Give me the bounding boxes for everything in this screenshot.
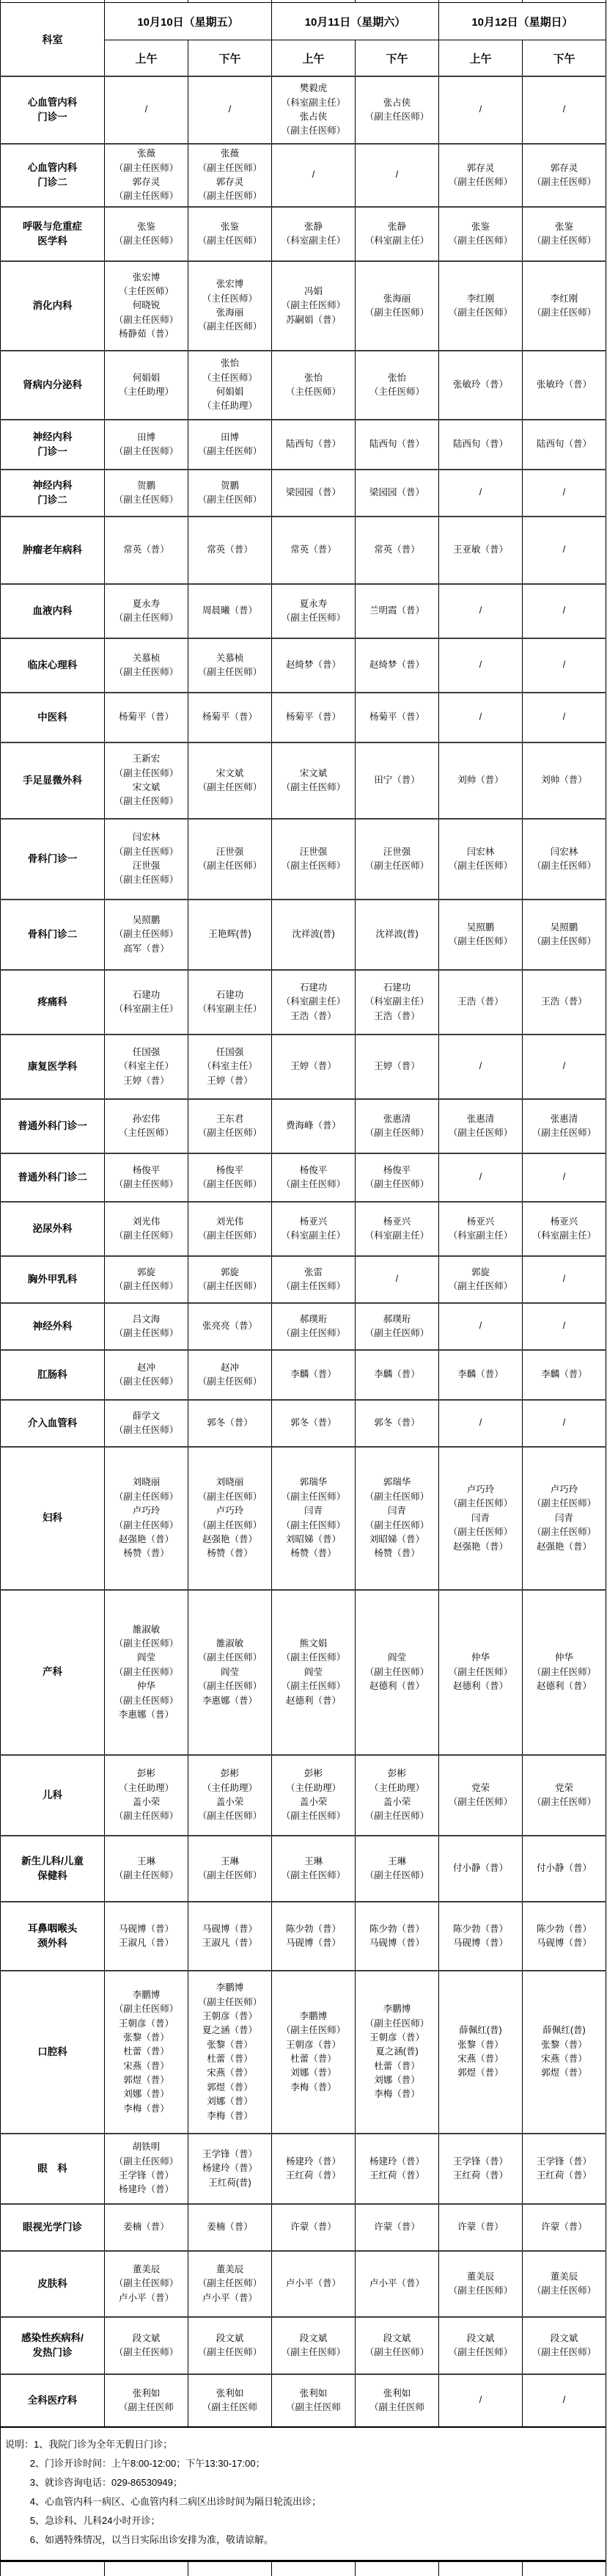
schedule-cell: 张鉴 （副主任医师） xyxy=(523,207,606,261)
schedule-cell: 刘光伟 （副主任医师） xyxy=(188,1202,272,1256)
table-row: 康复医学科任国强 （科室主任） 王婷（普）任国强 （科室主任） 王婷（普）王婷（… xyxy=(1,1035,606,1099)
date-header-sat: 10月11日（星期六） xyxy=(272,3,439,40)
schedule-cell: 陆西旬（普） xyxy=(272,420,356,470)
schedule-cell: 张怡 （主任医师） xyxy=(272,351,356,420)
table-row: 普通外科门诊二杨俊平 （副主任医师）杨俊平 （副主任医师）杨俊平 （副主任医师）… xyxy=(1,1153,606,1202)
schedule-cell: 王学锋（普） 王红荷（普） xyxy=(439,2134,523,2204)
schedule-cell: 王婷（普） xyxy=(272,1035,356,1099)
schedule-cell: / xyxy=(439,1153,523,1202)
dept-cell: 消化内科 xyxy=(1,261,105,351)
schedule-cell: 李鹏博 （副主任医师） 王朝彦（普） 夏之涵(普) 杜蕾（普） 刘娜（普） 李梅… xyxy=(356,1971,439,2134)
schedule-cell: 姜楠（普） xyxy=(105,2204,188,2251)
schedule-cell: 赵冲 （副主任医师） xyxy=(188,1350,272,1400)
table-row: 妇科刘晓丽 （副主任医师） 卢巧玲 （副主任医师） 赵强艳（普） 杨赞（普）刘晓… xyxy=(1,1447,606,1590)
dept-cell: 眼视光学门诊 xyxy=(1,2204,105,2251)
schedule-cell: 刘晓丽 （副主任医师） 卢巧玲 （副主任医师） 赵强艳（普） 杨赞（普） xyxy=(105,1447,188,1590)
notes-section: 说明：1、我院门诊为全年无假日门诊；2、门诊开诊时间：上午8:00-12:00；… xyxy=(1,2427,606,2561)
schedule-cell: 张静 （科室副主任） xyxy=(272,207,356,261)
time-header: 上午 xyxy=(439,40,523,77)
schedule-cell: 张雷 （副主任医师） xyxy=(272,1256,356,1303)
dept-cell: 血液内科 xyxy=(1,584,105,638)
schedule-cell: 董美辰 （副主任医师） xyxy=(439,2251,523,2317)
schedule-cell: 马砚博（普） 王淑凡（普） xyxy=(105,1902,188,1971)
schedule-cell: 郭冬（普） xyxy=(188,1400,272,1447)
schedule-cell: 付小静（普） xyxy=(523,1836,606,1902)
schedule-cell: / xyxy=(439,1303,523,1350)
schedule-cell: / xyxy=(188,76,272,144)
schedule-cell: / xyxy=(523,2374,606,2427)
schedule-cell: 彭彬 （主任助理） 盖小荣 （副主任医师） xyxy=(356,1755,439,1836)
table-row: 肿瘤老年病科常英（普）常英（普）常英（普）常英（普）王亚敏（普）/ xyxy=(1,517,606,584)
schedule-cell: 陆西旬（普） xyxy=(439,420,523,470)
schedule-cell: 党荣 （副主任医师） xyxy=(439,1755,523,1836)
schedule-cell: 张静 （科室副主任） xyxy=(356,207,439,261)
schedule-cell: 张鉴 （副主任医师） xyxy=(188,207,272,261)
dept-cell: 康复医学科 xyxy=(1,1035,105,1099)
table-row: 介入血管科薛学文 （副主任医师）郭冬（普）郭冬（普）郭冬（普）// xyxy=(1,1400,606,1447)
schedule-cell: 杨俊平 （副主任医师） xyxy=(188,1153,272,1202)
schedule-cell: 仲华 （副主任医师） 赵德利（普） xyxy=(523,1590,606,1755)
schedule-cell: 杨建玲（普） 王红荷（普） xyxy=(356,2134,439,2204)
schedule-cell: 卢小平（普） xyxy=(272,2251,356,2317)
schedule-cell: 夏永寿 （副主任医师） xyxy=(105,584,188,638)
schedule-cell: 冯娟 （副主任医师） 苏嗣娟（普） xyxy=(272,261,356,351)
schedule-cell: / xyxy=(105,76,188,144)
schedule-cell: / xyxy=(523,1153,606,1202)
schedule-cell: 张薇 （副主任医师） 郭存灵 （副主任医师） xyxy=(188,144,272,207)
schedule-cell: 任国强 （科室主任） 王婷（普） xyxy=(105,1035,188,1099)
schedule-cell: 郭冬（普） xyxy=(356,1400,439,1447)
schedule-cell: 石建功 （科室副主任） 王浩（普） xyxy=(272,970,356,1035)
dept-cell: 眼 科 xyxy=(1,2134,105,2204)
dept-cell: 骨科门诊一 xyxy=(1,819,105,900)
schedule-cell: 阎莹 （副主任医师） 赵德利（普） xyxy=(356,1590,439,1755)
notes-row: 说明：1、我院门诊为全年无假日门诊；2、门诊开诊时间：上午8:00-12:00；… xyxy=(1,2427,606,2561)
table-row: 神经内科 门诊二贺鹏 （副主任医师）贺鹏 （副主任医师）梁园园（普）梁园园（普）… xyxy=(1,470,606,517)
table-row: 感染性疾病科/ 发热门诊段文斌 （副主任医师）段文斌 （副主任医师）段文斌 （副… xyxy=(1,2317,606,2374)
schedule-cell: 田博 （副主任医师） xyxy=(188,420,272,470)
table-row: 血液内科夏永寿 （副主任医师）周晨曦（普）夏永寿 （副主任医师）兰明霞（普）// xyxy=(1,584,606,638)
table-row: 普通外科门诊一孙宏伟 （主任医师）王东君 （副主任医师）费海峰（普）张惠清 （副… xyxy=(1,1099,606,1153)
dept-cell: 儿科 xyxy=(1,1755,105,1836)
schedule-cell: 郭旋 （副主任医师） xyxy=(439,1256,523,1303)
schedule-cell: 梁园园（普） xyxy=(272,470,356,517)
schedule-table: 科室 10月10日（星期五） 10月11日（星期六） 10月12日（星期日） 上… xyxy=(0,0,606,2576)
schedule-cell: / xyxy=(523,693,606,742)
schedule-cell: / xyxy=(523,1256,606,1303)
schedule-cell: 付小静（普） xyxy=(439,1836,523,1902)
schedule-cell: 王艳辉(普) xyxy=(188,900,272,970)
schedule-cell: 董美辰 （副主任医师） 卢小平（普） xyxy=(188,2251,272,2317)
dept-cell: 耳鼻咽喉头 颈外科 xyxy=(1,1902,105,1971)
dept-cell: 感染性疾病科/ 发热门诊 xyxy=(1,2317,105,2374)
schedule-cell: 张亮亮（普） xyxy=(188,1303,272,1350)
schedule-cell: 常英（普） xyxy=(272,517,356,584)
schedule-cell: 王琳 （副主任医师） xyxy=(356,1836,439,1902)
table-row: 呼吸与危重症 医学科张鉴 （副主任医师）张鉴 （副主任医师）张静 （科室副主任）… xyxy=(1,207,606,261)
schedule-cell: / xyxy=(523,470,606,517)
dept-cell: 介入血管科 xyxy=(1,1400,105,1447)
schedule-cell: 郭瑞华 （副主任医师） 闫青 （副主任医师） 刘昭娣（普） 杨赞（普） xyxy=(356,1447,439,1590)
schedule-cell: 费海峰（普） xyxy=(272,1099,356,1153)
schedule-cell: 张敏玲（普） xyxy=(523,351,606,420)
schedule-cell: 张占侠 （副主任医师） xyxy=(356,76,439,144)
schedule-cell: / xyxy=(439,470,523,517)
schedule-cell: 马砚博（普） 王淑凡（普） xyxy=(188,1902,272,1971)
time-header: 下午 xyxy=(356,40,439,77)
schedule-cell: 王东君 （副主任医师） xyxy=(188,1099,272,1153)
schedule-cell: 王亚敏（普） xyxy=(439,517,523,584)
schedule-cell: / xyxy=(523,584,606,638)
table-row: 手足显微外科王新宏 （副主任医师） 宋文斌 （副主任医师）宋文斌 （副主任医师）… xyxy=(1,742,606,819)
schedule-cell: 郭冬（普） xyxy=(272,1400,356,1447)
schedule-cell: 吴照鹏 （副主任医师） xyxy=(523,900,606,970)
notes-prefix: 说明： xyxy=(5,2439,34,2450)
date-header-sun: 10月12日（星期日） xyxy=(439,3,606,40)
schedule-cell: 常英（普） xyxy=(188,517,272,584)
schedule-body: 心血管内科 门诊一//樊毅虎 （科室副主任） 张占侠 （副主任医师）张占侠 （副… xyxy=(1,76,606,2427)
schedule-cell: / xyxy=(523,1035,606,1099)
schedule-cell: 汪世强 （副主任医师） xyxy=(272,819,356,900)
schedule-cell: 王学锋（普） 杨建玲（普） 王红荷(普) xyxy=(188,2134,272,2204)
dept-cell: 心血管内科 门诊二 xyxy=(1,144,105,207)
table-row: 全科医疗科张利如 （副主任医师张利如 （副主任医师张利如 （副主任医师张利如 （… xyxy=(1,2374,606,2427)
schedule-cell: 许蒙（普） xyxy=(272,2204,356,2251)
schedule-cell: 杨俊平 （副主任医师） xyxy=(356,1153,439,1202)
schedule-cell: 吴照鹏 （副主任医师） xyxy=(439,900,523,970)
table-row: 胸外甲乳科郭旋 （副主任医师）郭旋 （副主任医师）张雷 （副主任医师）/郭旋 （… xyxy=(1,1256,606,1303)
schedule-cell: 李鹏博 （副主任医师） 王朝彦（普） 张黎（普） 杜蕾（普） 宋燕（普） 郭煜（… xyxy=(105,1971,188,2134)
dept-cell: 疼痛科 xyxy=(1,970,105,1035)
schedule-cell: 常英（普） xyxy=(356,517,439,584)
schedule-cell: 杨菊平（普） xyxy=(105,693,188,742)
table-row: 口腔科李鹏博 （副主任医师） 王朝彦（普） 张黎（普） 杜蕾（普） 宋燕（普） … xyxy=(1,1971,606,2134)
schedule-cell: 李麟（普） xyxy=(439,1350,523,1400)
schedule-cell: 段文斌 （副主任医师） xyxy=(105,2317,188,2374)
schedule-cell: 刘光伟 （副主任医师） xyxy=(105,1202,188,1256)
schedule-cell: 梁园园（普） xyxy=(356,470,439,517)
schedule-cell: 段文斌 （副主任医师） xyxy=(356,2317,439,2374)
dept-cell: 肿瘤老年病科 xyxy=(1,517,105,584)
dept-cell: 普通外科门诊一 xyxy=(1,1099,105,1153)
schedule-cell: 卢巧玲 （副主任医师） 闫青 （副主任医师） 赵强艳（普） xyxy=(439,1447,523,1590)
dept-cell: 全科医疗科 xyxy=(1,2374,105,2427)
table-row: 心血管内科 门诊二张薇 （副主任医师） 郭存灵 （副主任医师）张薇 （副主任医师… xyxy=(1,144,606,207)
dept-cell: 产科 xyxy=(1,1590,105,1755)
dept-cell: 神经内科 门诊一 xyxy=(1,420,105,470)
dept-cell: 肾病内分泌科 xyxy=(1,351,105,420)
schedule-cell: 彭彬 （主任助理） 盖小荣 （副主任医师） xyxy=(272,1755,356,1836)
schedule-cell: 杨俊平 （副主任医师） xyxy=(105,1153,188,1202)
dept-cell: 妇科 xyxy=(1,1447,105,1590)
schedule-cell: 董美辰 （副主任医师） 卢小平（普） xyxy=(105,2251,188,2317)
schedule-cell: 姜楠（普） xyxy=(188,2204,272,2251)
dept-cell: 胸外甲乳科 xyxy=(1,1256,105,1303)
schedule-cell: 杨亚兴 （科室副主任） xyxy=(272,1202,356,1256)
schedule-cell: 王琳 （副主任医师） xyxy=(272,1836,356,1902)
schedule-cell: 贺鹏 （副主任医师） xyxy=(105,470,188,517)
dept-cell: 中医科 xyxy=(1,693,105,742)
schedule-cell: 王婷（普） xyxy=(356,1035,439,1099)
schedule-cell: 王琳 （副主任医师） xyxy=(188,1836,272,1902)
schedule-cell: 王学锋（普） 王红荷（普） xyxy=(523,2134,606,2204)
schedule-cell: 段文斌 （副主任医师） xyxy=(439,2317,523,2374)
schedule-cell: 陈少勃（普） 马砚博（普） xyxy=(356,1902,439,1971)
schedule-cell: 吴照鹏 （副主任医师） 高军（普） xyxy=(105,900,188,970)
schedule-cell: / xyxy=(439,693,523,742)
schedule-cell: 郭旋 （副主任医师） xyxy=(105,1256,188,1303)
table-row: 中医科杨菊平（普）杨菊平（普）杨菊平（普）杨菊平（普）// xyxy=(1,693,606,742)
schedule-cell: 彭彬 （主任助理） 盖小荣 （副主任医师） xyxy=(105,1755,188,1836)
schedule-cell: 杨建玲（普） 王红荷（普） xyxy=(272,2134,356,2204)
schedule-cell: 杨菊平（普） xyxy=(188,693,272,742)
schedule-cell: 常英（普） xyxy=(105,517,188,584)
dept-cell: 泌尿外科 xyxy=(1,1202,105,1256)
table-row: 泌尿外科刘光伟 （副主任医师）刘光伟 （副主任医师）杨亚兴 （科室副主任）杨亚兴… xyxy=(1,1202,606,1256)
table-row: 神经内科 门诊一田博 （副主任医师）田博 （副主任医师）陆西旬（普）陆西旬（普）… xyxy=(1,420,606,470)
schedule-cell: / xyxy=(523,76,606,144)
schedule-cell: 党荣 （副主任医师） xyxy=(523,1755,606,1836)
schedule-cell: 张鉴 （副主任医师） xyxy=(105,207,188,261)
schedule-cell: 董美辰 （副主任医师） xyxy=(523,2251,606,2317)
schedule-cell: 薛学文 （副主任医师） xyxy=(105,1400,188,1447)
schedule-cell: 张宏博 （主任医师） 张海丽 （副主任医师） xyxy=(188,261,272,351)
dept-cell: 心血管内科 门诊一 xyxy=(1,76,105,144)
schedule-cell: 熊文娟 （副主任医师） 阎莹 （副主任医师） 赵德利（普） xyxy=(272,1590,356,1755)
schedule-cell: 许蒙（普） xyxy=(523,2204,606,2251)
dept-cell: 新生儿科/儿童 保健科 xyxy=(1,1836,105,1902)
schedule-cell: 贺鹏 （副主任医师） xyxy=(188,470,272,517)
schedule-cell: 段文斌 （副主任医师） xyxy=(188,2317,272,2374)
schedule-cell: 关慕桢 （副主任医师） xyxy=(105,638,188,693)
schedule-cell: 李红刚 （副主任医师） xyxy=(523,261,606,351)
schedule-cell: 李麟（普） xyxy=(272,1350,356,1400)
schedule-cell: 段文斌 （副主任医师） xyxy=(272,2317,356,2374)
page: 科室 10月10日（星期五） 10月11日（星期六） 10月12日（星期日） 上… xyxy=(0,0,607,2576)
schedule-cell: 胡铁明 （副主任医师） 王学锋（普） 杨建玲（普） xyxy=(105,2134,188,2204)
time-header: 上午 xyxy=(272,40,356,77)
schedule-cell: 张利如 （副主任医师 xyxy=(356,2374,439,2427)
schedule-cell: 张惠清 （副主任医师） xyxy=(523,1099,606,1153)
schedule-cell: 张惠清 （副主任医师） xyxy=(356,1099,439,1153)
note-line: 2、门诊开诊时间：上午8:00-12:00；下午13:30-17:00； xyxy=(5,2454,600,2473)
schedule-cell: 薛佩红(普) 张黎（普） 宋燕（普） 郭煜（普） xyxy=(523,1971,606,2134)
schedule-cell: 何娟娟 （主任助理） xyxy=(105,351,188,420)
dept-cell: 临床心理科 xyxy=(1,638,105,693)
time-header: 上午 xyxy=(105,40,188,77)
table-row: 眼 科胡铁明 （副主任医师） 王学锋（普） 杨建玲（普）王学锋（普） 杨建玲（普… xyxy=(1,2134,606,2204)
table-row: 心血管内科 门诊一//樊毅虎 （科室副主任） 张占侠 （副主任医师）张占侠 （副… xyxy=(1,76,606,144)
schedule-cell: 任国强 （科室主任） 王婷（普） xyxy=(188,1035,272,1099)
schedule-cell: 汪世强 （副主任医师） xyxy=(188,819,272,900)
schedule-cell: 王浩（普） xyxy=(439,970,523,1035)
schedule-cell: 陈少勃（普） 马砚博（普） xyxy=(272,1902,356,1971)
schedule-cell: 张宏博 （主任医师） 何晓锐 （副主任医师） 杨静茹（普） xyxy=(105,261,188,351)
schedule-cell: 彭彬 （主任助理） 盖小荣 （副主任医师） xyxy=(188,1755,272,1836)
schedule-cell: 石建功 （科室副主任） xyxy=(188,970,272,1035)
schedule-cell: / xyxy=(439,76,523,144)
table-row: 肛肠科赵冲 （副主任医师）赵冲 （副主任医师）李麟（普）李麟（普）李麟（普）李麟… xyxy=(1,1350,606,1400)
schedule-cell: 陆西旬（普） xyxy=(356,420,439,470)
schedule-cell: 王新宏 （副主任医师） 宋文斌 （副主任医师） xyxy=(105,742,188,819)
schedule-cell: 沈祥波(普) xyxy=(356,900,439,970)
schedule-cell: 杨亚兴 （科室副主任） xyxy=(356,1202,439,1256)
schedule-cell: / xyxy=(523,1400,606,1447)
note-line: 3、就诊咨询电话：029-86530949； xyxy=(5,2473,600,2492)
schedule-cell: 汪世强 （副主任医师） xyxy=(356,819,439,900)
schedule-cell: 宋文斌 （副主任医师） xyxy=(272,742,356,819)
dept-cell: 肛肠科 xyxy=(1,1350,105,1400)
schedule-cell: 李麟（普） xyxy=(523,1350,606,1400)
note-line: 4、心血管内科一病区、心血管内科二病区出诊时间为隔日轮流出诊； xyxy=(5,2492,600,2511)
schedule-cell: / xyxy=(523,517,606,584)
schedule-cell: 张怡 （主任医师） 何娟娟 （主任助理） xyxy=(188,351,272,420)
table-row: 耳鼻咽喉头 颈外科马砚博（普） 王淑凡（普）马砚博（普） 王淑凡（普）陈少勃（普… xyxy=(1,1902,606,1971)
schedule-cell: 陆西旬（普） xyxy=(523,420,606,470)
schedule-cell: 刘晓丽 （副主任医师） 卢巧玲 （副主任医师） 赵强艳（普） 杨赞（普） xyxy=(188,1447,272,1590)
schedule-cell: 许蒙（普） xyxy=(356,2204,439,2251)
schedule-cell: 张敏玲（普） xyxy=(439,351,523,420)
schedule-cell: 薛佩红(普) 张黎（普） 宋燕（普） 郭煜（普） xyxy=(439,1971,523,2134)
schedule-cell: 郭存灵 （副主任医师） xyxy=(523,144,606,207)
schedule-cell: 沈祥波(普) xyxy=(272,900,356,970)
schedule-cell: 杨亚兴 （科室副主任） xyxy=(439,1202,523,1256)
table-row: 儿科彭彬 （主任助理） 盖小荣 （副主任医师）彭彬 （主任助理） 盖小荣 （副主… xyxy=(1,1755,606,1836)
schedule-cell: 陈少勃（普） 马砚博（普） xyxy=(523,1902,606,1971)
schedule-cell: 郝璞珩 （副主任医师） xyxy=(356,1303,439,1350)
schedule-cell: 郝璞珩 （副主任医师） xyxy=(272,1303,356,1350)
schedule-cell: / xyxy=(356,144,439,207)
schedule-cell: 田博 （副主任医师） xyxy=(105,420,188,470)
schedule-cell: 雒淑敏 （副主任医师） 阎莹 （副主任医师） 仲华 （副主任医师） 李惠娜（普） xyxy=(105,1590,188,1755)
dept-cell: 神经外科 xyxy=(1,1303,105,1350)
schedule-cell: 宋文斌 （副主任医师） xyxy=(188,742,272,819)
corner-header: 科室 xyxy=(1,3,105,77)
schedule-cell: 杨亚兴 （科室副主任） xyxy=(523,1202,606,1256)
dept-cell: 呼吸与危重症 医学科 xyxy=(1,207,105,261)
table-row: 皮肤科董美辰 （副主任医师） 卢小平（普）董美辰 （副主任医师） 卢小平（普）卢… xyxy=(1,2251,606,2317)
schedule-cell: / xyxy=(439,2374,523,2427)
dept-cell: 神经内科 门诊二 xyxy=(1,470,105,517)
table-row: 神经外科吕文海 （副主任医师）张亮亮（普）郝璞珩 （副主任医师）郝璞珩 （副主任… xyxy=(1,1303,606,1350)
schedule-cell: 闫宏林 （副主任医师） xyxy=(523,819,606,900)
schedule-cell: 张惠清 （副主任医师） xyxy=(439,1099,523,1153)
schedule-cell: / xyxy=(439,1400,523,1447)
schedule-cell: 杨菊平（普） xyxy=(356,693,439,742)
schedule-cell: / xyxy=(523,1303,606,1350)
table-row: 疼痛科石建功 （科室副主任）石建功 （科室副主任）石建功 （科室副主任） 王浩（… xyxy=(1,970,606,1035)
schedule-cell: 卢巧玲 （副主任医师） 闫青 （副主任医师） 赵强艳（普） xyxy=(523,1447,606,1590)
schedule-cell: 刘帅（普） xyxy=(523,742,606,819)
schedule-cell: 杨菊平（普） xyxy=(272,693,356,742)
schedule-cell: 卢小平（普） xyxy=(356,2251,439,2317)
cropped-row-bottom xyxy=(1,2561,606,2576)
schedule-cell: 张鉴 （副主任医师） xyxy=(439,207,523,261)
schedule-cell: 张薇 （副主任医师） 郭存灵 （副主任医师） xyxy=(105,144,188,207)
schedule-cell: 闫宏林 （副主任医师） xyxy=(439,819,523,900)
schedule-cell: 周晨曦（普） xyxy=(188,584,272,638)
table-row: 骨科门诊一闫宏林 （副主任医师） 汪世强 （副主任医师）汪世强 （副主任医师）汪… xyxy=(1,819,606,900)
schedule-cell: 赵绮梦（普） xyxy=(356,638,439,693)
schedule-cell: 段文斌 （副主任医师） xyxy=(523,2317,606,2374)
table-row: 骨科门诊二吴照鹏 （副主任医师） 高军（普）王艳辉(普)沈祥波(普)沈祥波(普)… xyxy=(1,900,606,970)
time-header: 下午 xyxy=(188,40,272,77)
table-row: 肾病内分泌科何娟娟 （主任助理）张怡 （主任医师） 何娟娟 （主任助理）张怡 （… xyxy=(1,351,606,420)
schedule-cell: 李鹏博 （副主任医师） 王朝彦（普） 夏之涵（普） 张黎（普） 杜蕾（普） 宋燕… xyxy=(188,1971,272,2134)
dept-cell: 骨科门诊二 xyxy=(1,900,105,970)
schedule-cell: 雒淑敏 （副主任医师） 阎莹 （副主任医师） 李惠娜（普） xyxy=(188,1590,272,1755)
schedule-cell: 石建功 （科室副主任） xyxy=(105,970,188,1035)
schedule-cell: 兰明霞（普） xyxy=(356,584,439,638)
schedule-cell: 李麟（普） xyxy=(356,1350,439,1400)
table-row: 新生儿科/儿童 保健科王琳 （副主任医师）王琳 （副主任医师）王琳 （副主任医师… xyxy=(1,1836,606,1902)
schedule-cell: 赵绮梦（普） xyxy=(272,638,356,693)
schedule-cell: 张怡 （主任医师） xyxy=(356,351,439,420)
schedule-cell: / xyxy=(356,1256,439,1303)
date-header-fri: 10月10日（星期五） xyxy=(105,3,272,40)
schedule-cell: 李红刚 （副主任医师） xyxy=(439,261,523,351)
schedule-cell: 夏永寿 （副主任医师） xyxy=(272,584,356,638)
schedule-cell: 赵冲 （副主任医师） xyxy=(105,1350,188,1400)
schedule-cell: 樊毅虎 （科室副主任） 张占侠 （副主任医师） xyxy=(272,76,356,144)
schedule-cell: 田宁（普） xyxy=(356,742,439,819)
schedule-cell: 王琳 （副主任医师） xyxy=(105,1836,188,1902)
schedule-cell: 杨俊平 （副主任医师） xyxy=(272,1153,356,1202)
schedule-cell: / xyxy=(523,638,606,693)
dept-cell: 口腔科 xyxy=(1,1971,105,2134)
schedule-cell: 郭瑞华 （副主任医师） 闫青 （副主任医师） 刘昭娣（普） 杨赞（普） xyxy=(272,1447,356,1590)
note-line: 5、急诊科、儿科24小时开诊； xyxy=(5,2511,600,2531)
dept-cell: 普通外科门诊二 xyxy=(1,1153,105,1202)
table-row: 产科雒淑敏 （副主任医师） 阎莹 （副主任医师） 仲华 （副主任医师） 李惠娜（… xyxy=(1,1590,606,1755)
schedule-cell: 关慕桢 （副主任医师） xyxy=(188,638,272,693)
schedule-cell: 王浩（普） xyxy=(523,970,606,1035)
schedule-cell: 刘帅（普） xyxy=(439,742,523,819)
table-row: 眼视光学门诊姜楠（普）姜楠（普）许蒙（普）许蒙（普）许蒙（普）许蒙（普） xyxy=(1,2204,606,2251)
schedule-cell: 郭旋 （副主任医师） xyxy=(188,1256,272,1303)
schedule-cell: 孙宏伟 （主任医师） xyxy=(105,1099,188,1153)
dept-cell: 手足显微外科 xyxy=(1,742,105,819)
schedule-cell: / xyxy=(439,638,523,693)
schedule-cell: / xyxy=(439,1035,523,1099)
time-header: 下午 xyxy=(523,40,606,77)
schedule-cell: 李鹏博 （副主任医师） 王朝彦（普） 杜蕾（普） 刘娜（普） 李梅（普） xyxy=(272,1971,356,2134)
schedule-cell: 张利如 （副主任医师 xyxy=(272,2374,356,2427)
note-line: 说明：1、我院门诊为全年无假日门诊； xyxy=(5,2435,600,2454)
dept-cell: 皮肤科 xyxy=(1,2251,105,2317)
schedule-cell: / xyxy=(272,144,356,207)
schedule-cell: 仲华 （副主任医师） 赵德利（普） xyxy=(439,1590,523,1755)
schedule-cell: 张海丽 （副主任医师） xyxy=(356,261,439,351)
schedule-cell: 郭存灵 （副主任医师） xyxy=(439,144,523,207)
header-row-dates: 科室 10月10日（星期五） 10月11日（星期六） 10月12日（星期日） xyxy=(1,3,606,40)
schedule-cell: 陈少勃（普） 马砚博（普） xyxy=(439,1902,523,1971)
schedule-cell: 吕文海 （副主任医师） xyxy=(105,1303,188,1350)
schedule-cell: 许蒙（普） xyxy=(439,2204,523,2251)
note-line: 6、如遇特殊情况，以当日实际出诊安排为准，敬请谅解。 xyxy=(5,2531,600,2550)
schedule-cell: 张利如 （副主任医师 xyxy=(188,2374,272,2427)
schedule-cell: 石建功 （科室副主任） 王浩（普） xyxy=(356,970,439,1035)
table-row: 临床心理科关慕桢 （副主任医师）关慕桢 （副主任医师）赵绮梦（普）赵绮梦（普）/… xyxy=(1,638,606,693)
schedule-cell: 张利如 （副主任医师 xyxy=(105,2374,188,2427)
table-row: 消化内科张宏博 （主任医师） 何晓锐 （副主任医师） 杨静茹（普）张宏博 （主任… xyxy=(1,261,606,351)
schedule-cell: / xyxy=(439,584,523,638)
notes-lines: 说明：1、我院门诊为全年无假日门诊；2、门诊开诊时间：上午8:00-12:00；… xyxy=(5,2435,600,2550)
schedule-cell: 闫宏林 （副主任医师） 汪世强 （副主任医师） xyxy=(105,819,188,900)
